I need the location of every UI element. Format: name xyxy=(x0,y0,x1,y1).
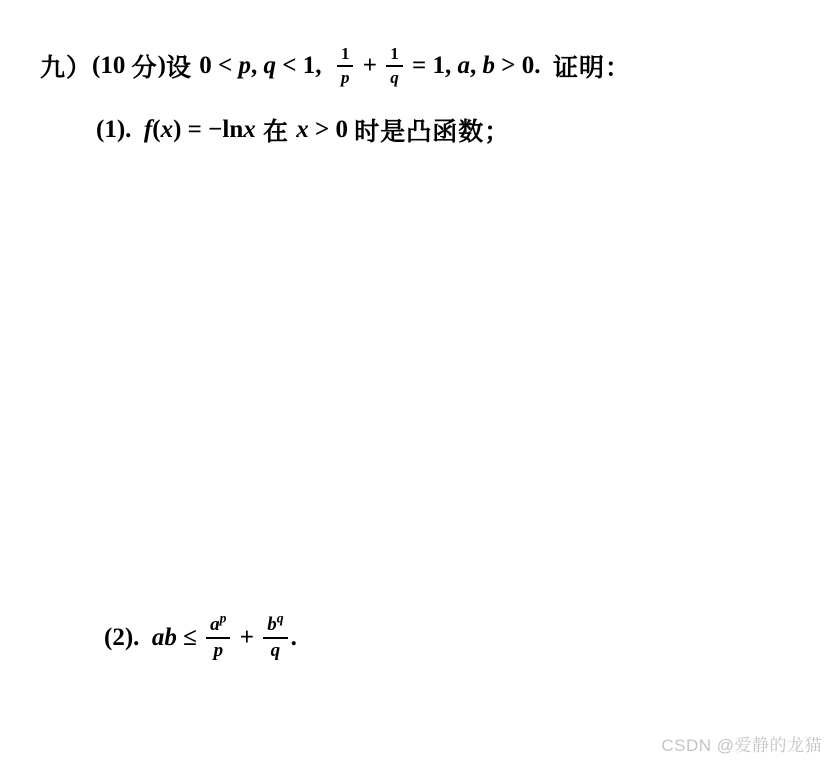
text-segment: p xyxy=(238,52,251,80)
fraction-numerator: bq xyxy=(263,614,287,639)
text-segment: (1). xyxy=(96,116,144,144)
math-problem-page: 九）(10 分)设 0 < p, q < 1, 1p + 1q = 1, a, … xyxy=(0,0,837,760)
math-symbol: p xyxy=(341,68,350,87)
fraction: 1p xyxy=(337,44,354,87)
text-segment: x xyxy=(296,116,309,144)
text-segment: ) = −ln xyxy=(173,116,243,144)
fraction-denominator: q xyxy=(386,67,403,88)
text-segment: 分 xyxy=(132,48,158,84)
text-segment: < 1, xyxy=(276,52,334,80)
text-segment: a xyxy=(457,52,470,80)
math-superscript: p xyxy=(220,611,227,626)
text-segment: = 1, xyxy=(406,52,458,80)
fraction-denominator: p xyxy=(337,67,354,88)
text-segment: (2). xyxy=(104,624,152,652)
fraction: app xyxy=(206,614,230,662)
text-segment: x xyxy=(161,116,174,144)
text-segment: ab xyxy=(152,624,177,652)
math-symbol: q xyxy=(271,640,281,661)
text-segment: (10 xyxy=(92,52,132,80)
text-segment: 证明： xyxy=(553,48,631,84)
part-2-line: (2). ab ≤ app + bqq. xyxy=(104,604,297,672)
text-segment: > 0 xyxy=(309,116,355,144)
text-segment: ( xyxy=(152,116,160,144)
fraction-denominator: p xyxy=(210,639,228,662)
text-segment: 在 xyxy=(256,112,297,148)
text-segment: 时是凸函数； xyxy=(354,112,510,148)
fraction-numerator: 1 xyxy=(337,44,354,67)
math-symbol: a xyxy=(210,614,220,635)
math-superscript: q xyxy=(277,611,284,626)
math-symbol: 1 xyxy=(390,44,399,63)
fraction-numerator: ap xyxy=(206,614,230,639)
text-segment: 设 xyxy=(166,48,199,84)
math-symbol: p xyxy=(214,640,224,661)
problem-statement-line: 九）(10 分)设 0 < p, q < 1, 1p + 1q = 1, a, … xyxy=(40,44,631,87)
fraction: 1q xyxy=(386,44,403,87)
math-symbol: q xyxy=(390,68,399,87)
text-segment: f xyxy=(144,116,152,144)
part-1-line: (1). f(x) = −lnx 在 x > 0 时是凸函数； xyxy=(96,110,510,150)
text-segment: , xyxy=(470,52,483,80)
math-symbol: 1 xyxy=(341,44,350,63)
fraction-numerator: 1 xyxy=(386,44,403,67)
text-segment: + xyxy=(233,624,260,652)
text-segment: 九） xyxy=(40,48,92,84)
text-segment: . xyxy=(291,624,297,652)
text-segment: b xyxy=(482,52,495,80)
text-segment: ) xyxy=(158,52,166,80)
text-segment: 0 < xyxy=(199,52,238,80)
fraction: bqq xyxy=(263,614,287,662)
csdn-watermark: CSDN @爱静的龙猫 xyxy=(661,731,822,756)
text-segment: x xyxy=(243,116,256,144)
fraction-denominator: q xyxy=(267,639,285,662)
text-segment: + xyxy=(356,52,383,80)
text-segment: ≤ xyxy=(177,624,203,652)
text-segment: , xyxy=(251,52,264,80)
math-symbol: b xyxy=(267,614,277,635)
text-segment: q xyxy=(263,52,276,80)
text-segment: > 0. xyxy=(495,52,553,80)
